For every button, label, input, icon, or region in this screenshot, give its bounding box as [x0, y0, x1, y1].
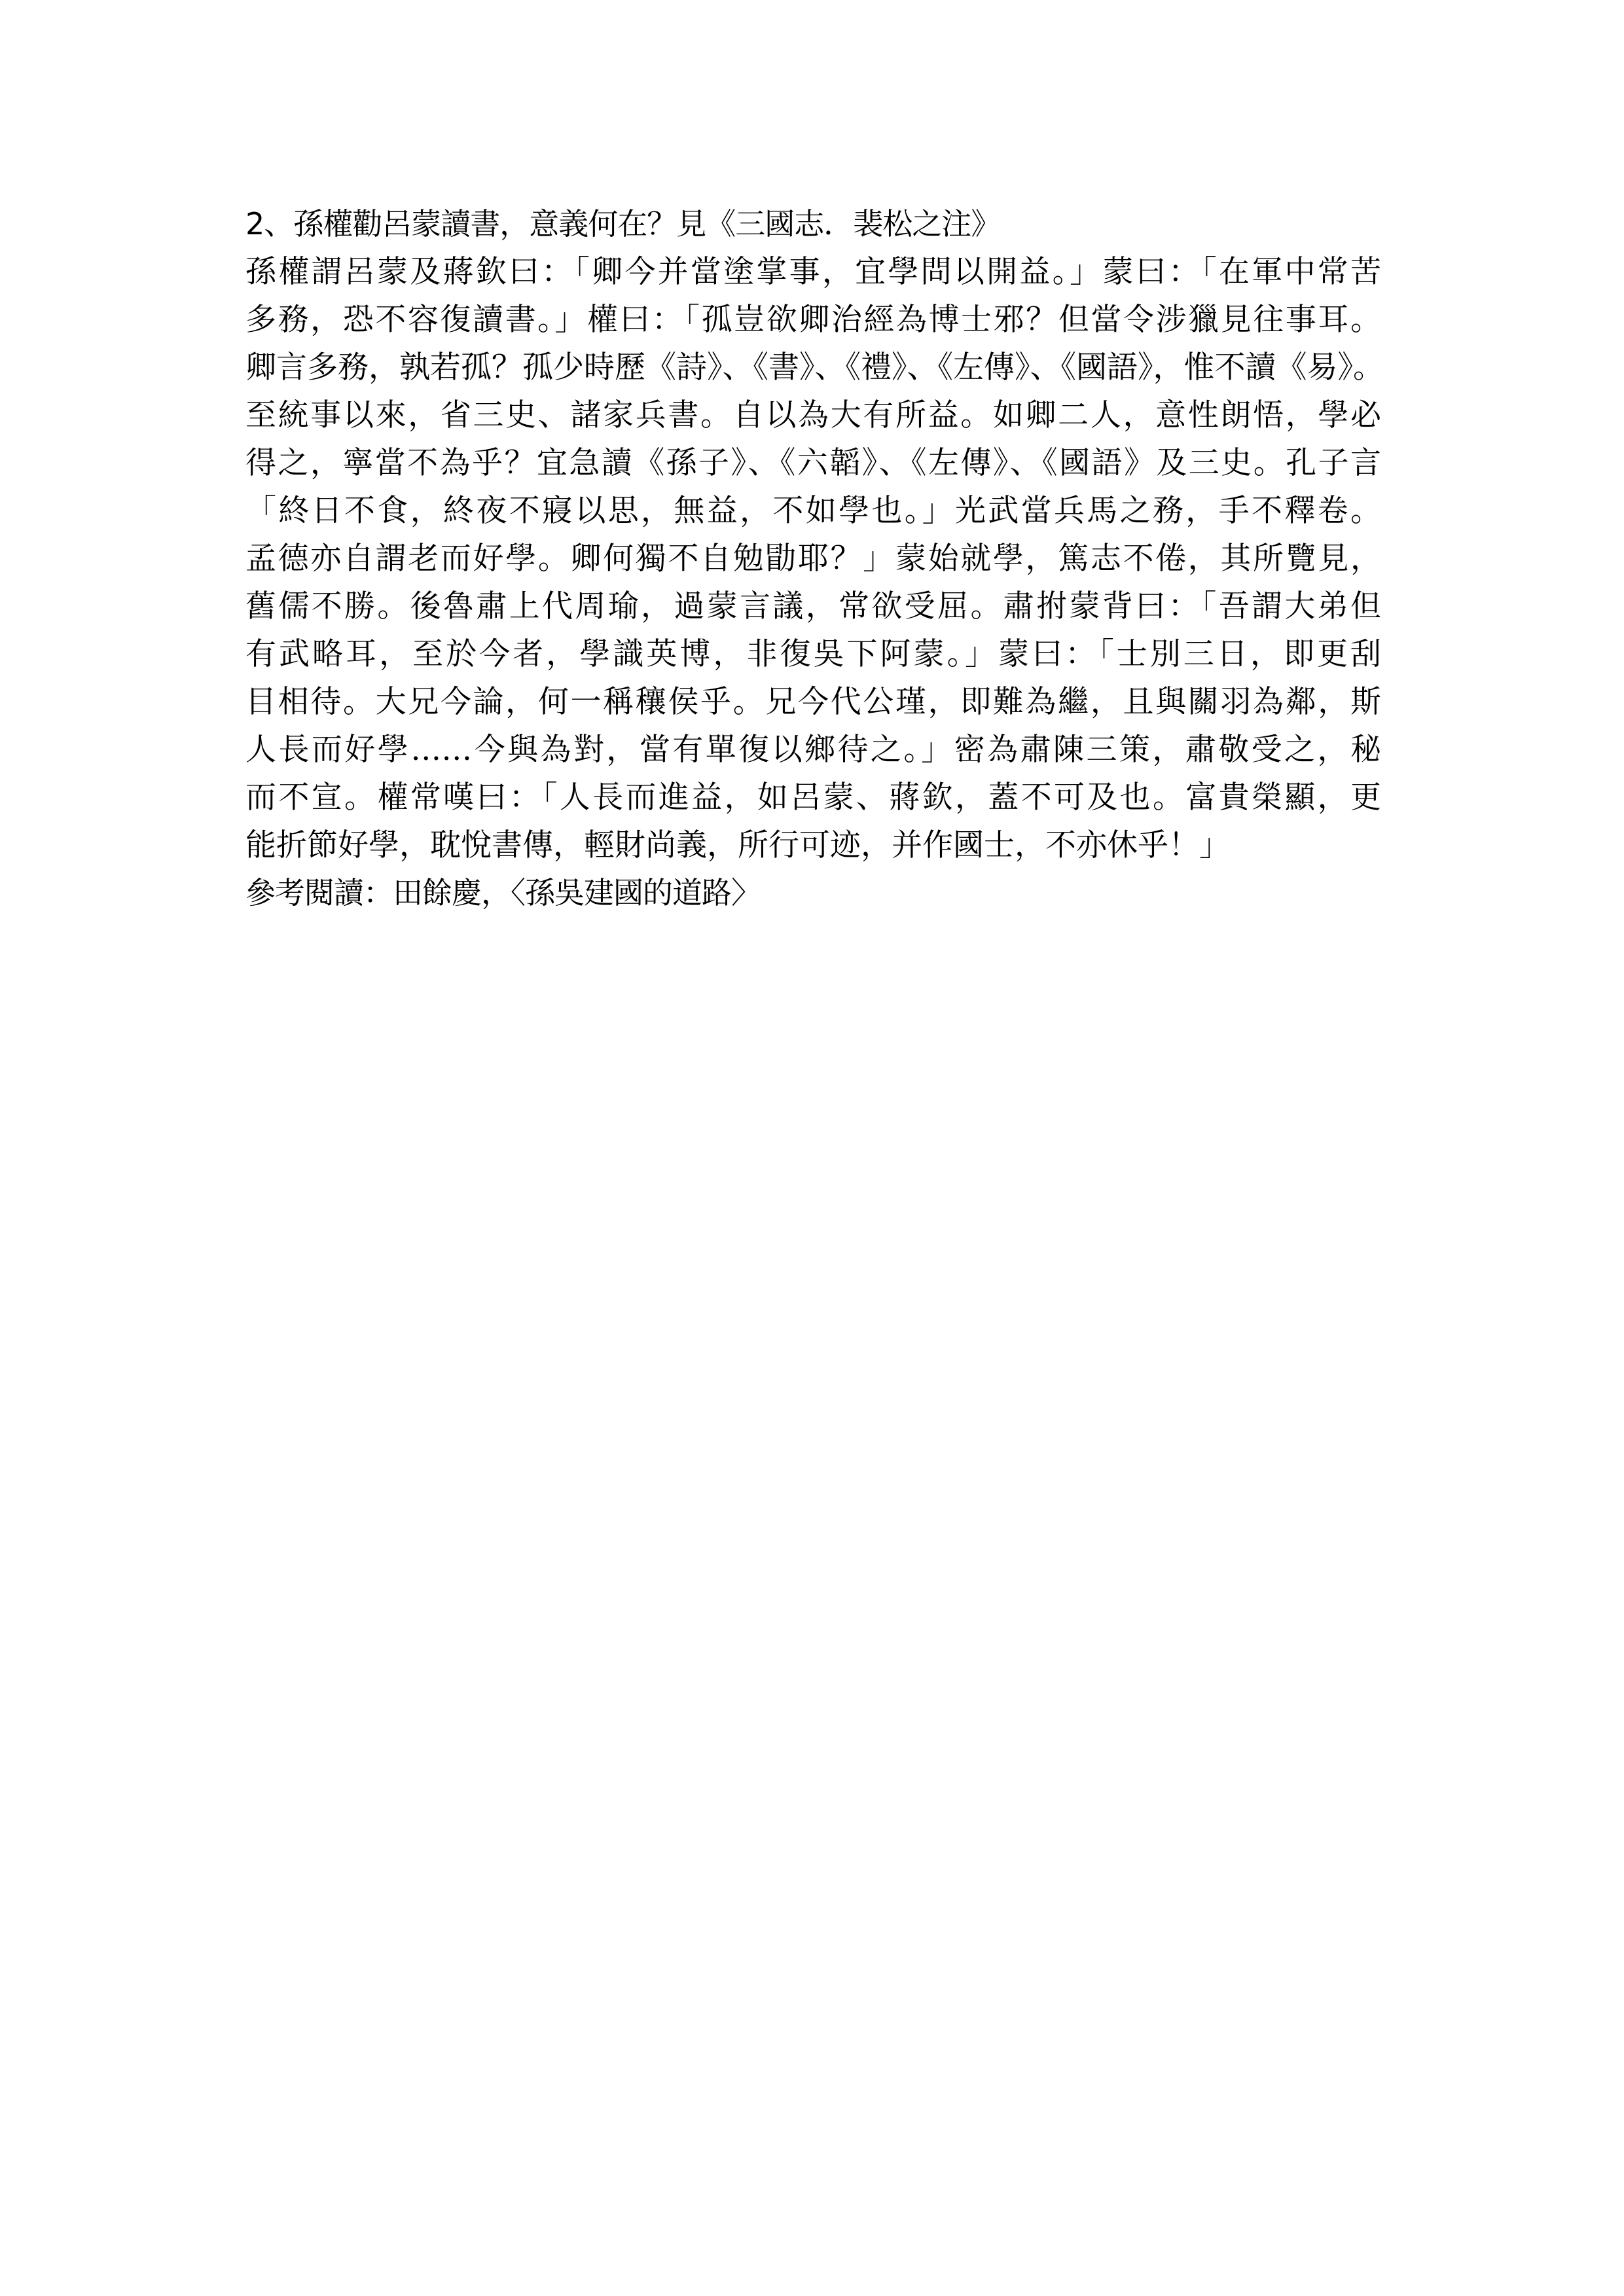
passage-line: 孫權謂呂蒙及蔣欽曰：「卿今并當塗掌事，宜學問以開益。」蒙曰：「在軍中常苦 [245, 248, 1381, 296]
passage-line: 多務，恐不容復讀書。」權曰：「孤豈欲卿治經為博士邪？但當令涉獵見往事耳。 [245, 296, 1381, 344]
passage-line: 「終日不食，終夜不寢以思，無益，不如學也。」光武當兵馬之務，手不釋卷。 [245, 487, 1381, 535]
document-page: 2、孫權勸呂蒙讀書，意義何在？見《三國志．裴松之注》 孫權謂呂蒙及蔣欽曰：「卿今… [245, 200, 1381, 917]
reference-reading: 參考閱讀：田餘慶，〈孫吳建國的道路〉 [245, 869, 1381, 917]
passage-line: 舊儒不勝。後魯肅上代周瑜，過蒙言議，常欲受屈。肅拊蒙背曰：「吾謂大弟但 [245, 583, 1381, 630]
passage-line: 至統事以來，省三史、諸家兵書。自以為大有所益。如卿二人，意性朗悟，學必 [245, 391, 1381, 439]
passage-line: 人長而好學……今與為對，當有單復以鄉待之。」密為肅陳三策，肅敬受之，秘 [245, 726, 1381, 774]
passage-line: 能折節好學，耽悅書傳，輕財尚義，所行可迹，并作國士，不亦休乎！」 [245, 821, 1381, 869]
passage-line: 目相待。大兄今論，何一稱穰侯乎。兄今代公瑾，即難為繼，且與關羽為鄰，斯 [245, 678, 1381, 726]
passage-line: 有武略耳，至於今者，學識英博，非復吳下阿蒙。」蒙曰：「士別三日，即更刮 [245, 630, 1381, 678]
quoted-passage: 孫權謂呂蒙及蔣欽曰：「卿今并當塗掌事，宜學問以開益。」蒙曰：「在軍中常苦 多務，… [245, 248, 1381, 869]
passage-line: 而不宣。權常嘆曰：「人長而進益，如呂蒙、蔣欽，蓋不可及也。富貴榮顯，更 [245, 774, 1381, 821]
passage-line: 得之，寧當不為乎？宜急讀《孫子》、《六韜》、《左傳》、《國語》及三史。孔子言 [245, 439, 1381, 487]
passage-line: 孟德亦自謂老而好學。卿何獨不自勉勖耶？」蒙始就學，篤志不倦，其所覽見， [245, 535, 1381, 583]
passage-line: 卿言多務，孰若孤？孤少時歷《詩》、《書》、《禮》、《左傳》、《國語》，惟不讀《易… [245, 344, 1381, 391]
question-heading: 2、孫權勸呂蒙讀書，意義何在？見《三國志．裴松之注》 [245, 200, 1381, 248]
